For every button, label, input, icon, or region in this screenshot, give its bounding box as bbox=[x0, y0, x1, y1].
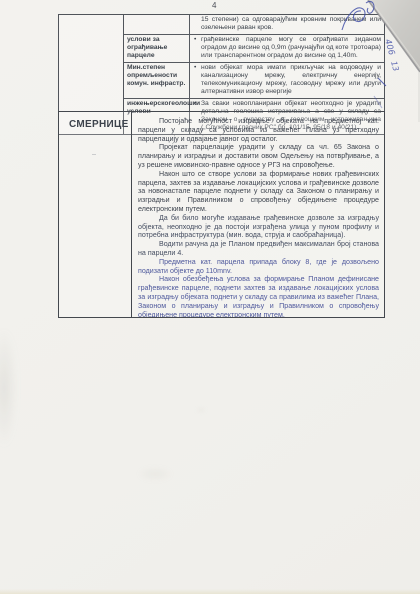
folded-corner: 406 13 bbox=[330, 0, 420, 130]
bullet-marker bbox=[194, 16, 201, 32]
scanned-page: 4 15 степени) са одговарајућим кровним п… bbox=[0, 0, 420, 594]
guidelines-paragraph: Водити рачуна да је Планом предвиђен мак… bbox=[138, 240, 379, 258]
row-label: Мин.степен опремљености комун. инфрастр. bbox=[124, 63, 190, 98]
handwritten-number: 13 bbox=[389, 60, 400, 72]
scan-smudge bbox=[0, 328, 16, 448]
row-label: услови за ограђивање парцеле bbox=[124, 35, 190, 62]
guidelines-paragraph: Након обезбеђења услова за формирање Пла… bbox=[138, 275, 379, 317]
guidelines-paragraph: Предметна кат. парцела припада блоку 8, … bbox=[138, 258, 379, 276]
scan-smudge bbox=[0, 589, 420, 594]
scan-smudge bbox=[196, 408, 206, 412]
guidelines-paragraph: Пројекат парцелације урадити у складу са… bbox=[138, 143, 379, 169]
guidelines-content: Постојаће могућност изградње објеката на… bbox=[132, 112, 384, 317]
guidelines-paragraph: Након што се створе услови за формирање … bbox=[138, 170, 379, 214]
bullet-marker: • bbox=[194, 36, 201, 60]
bullet-marker: • bbox=[194, 64, 201, 96]
guidelines-paragraph: Да би било могуће издавање грађевинске д… bbox=[138, 214, 379, 240]
handwritten-number: 406 bbox=[382, 38, 396, 57]
handwritten-scribble bbox=[342, 1, 386, 108]
guidelines-box: СМЕРНИЦЕ Постојаће могућност изградње об… bbox=[58, 111, 385, 318]
page-number: 4 bbox=[212, 1, 216, 10]
row-label bbox=[124, 15, 190, 34]
scan-smudge bbox=[138, 468, 172, 480]
handwritten-numbers: 406 13 bbox=[382, 38, 400, 72]
guidelines-heading: СМЕРНИЦЕ bbox=[59, 112, 132, 317]
